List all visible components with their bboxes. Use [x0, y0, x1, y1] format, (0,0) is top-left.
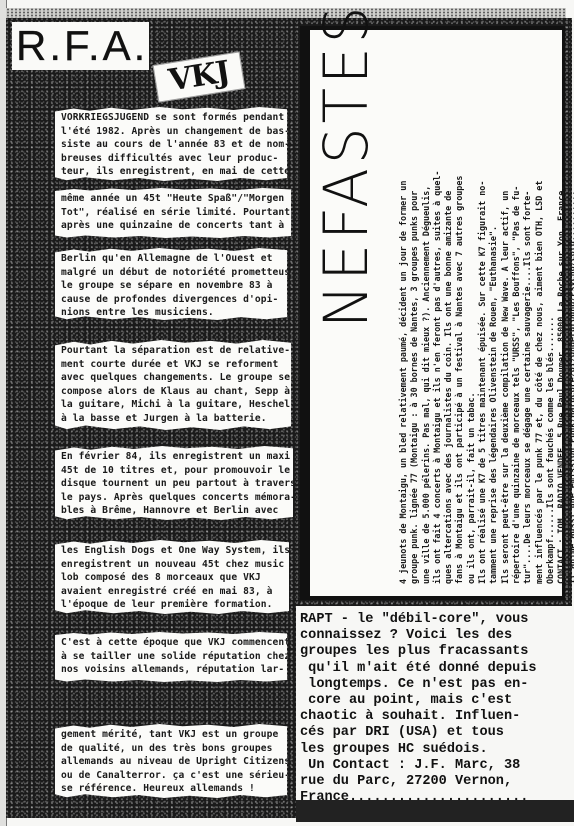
nefastes-title: NEFASTES — [315, 3, 378, 328]
nefastes-body-text: 4 jeunots de Montaigu, un bled relativem… — [398, 39, 574, 584]
zine-page: R.F.A. VKJ VORKRIEGSJUGEND se sont formé… — [0, 0, 574, 826]
bottom-dark-strip — [296, 800, 574, 822]
section-title-rfa: R.F.A. — [12, 22, 149, 70]
rapt-article: RAPT - le "débil-core", vous connaissez … — [300, 612, 570, 802]
vkj-paragraph-7: C'est à cette époque que VKJ commencent … — [55, 632, 287, 682]
nefastes-article: NEFASTES 4 jeunots de Montaigu, un bled … — [310, 30, 562, 596]
vkj-paragraph-4: Pourtant la séparation est de relative- … — [55, 340, 291, 430]
vkj-paragraph-1: VORKRIEGSJUGEND se sont formés pendant l… — [55, 107, 287, 181]
vkj-paragraph-5: En février 84, ils enregistrent un maxi … — [55, 446, 293, 520]
nefastes-rotated-content: NEFASTES 4 jeunots de Montaigu, un bled … — [310, 30, 562, 596]
vkj-paragraph-3: Berlin qu'en Allemagne de l'Ouest et mal… — [55, 248, 287, 320]
vkj-paragraph-8: gement mérité, tant VKJ est un groupe de… — [55, 724, 287, 798]
vkj-paragraph-2: même année un 45t "Heute Spaß"/"Morgen T… — [55, 188, 291, 238]
vkj-paragraph-6: les English Dogs et One Way System, ils … — [55, 540, 289, 614]
